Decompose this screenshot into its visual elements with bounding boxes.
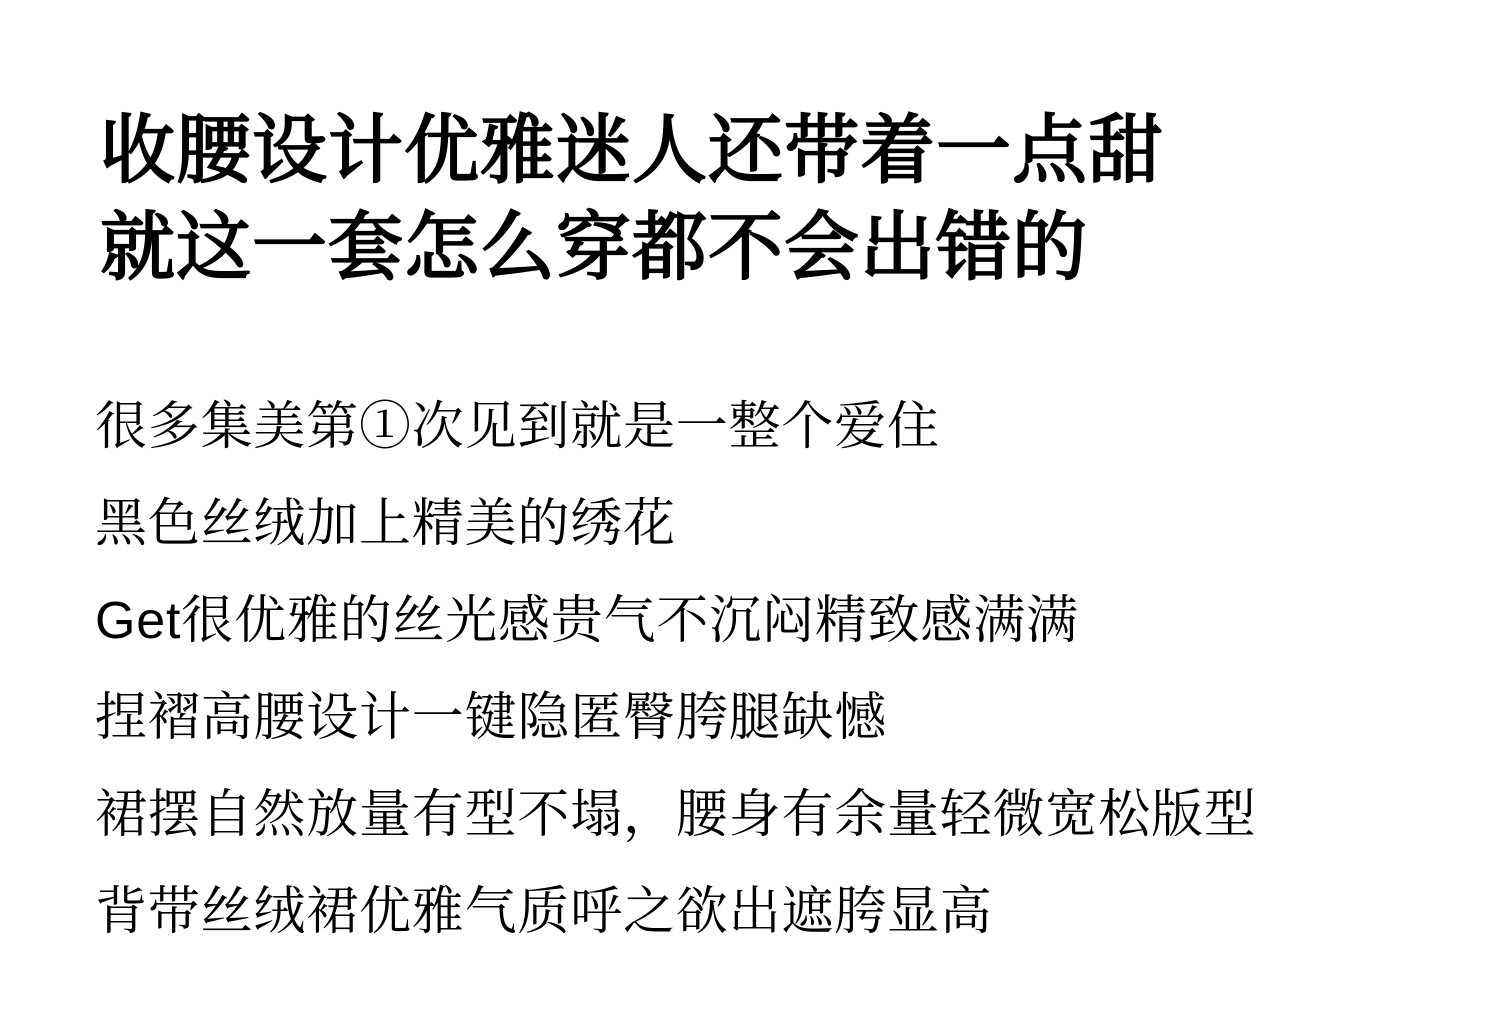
headline-line-1: 收腰设计优雅迷人还带着一点甜 <box>100 102 1164 199</box>
description-line-1: 很多集美第①次见到就是一整个爱住 <box>95 379 1257 476</box>
description-line-2: 黑色丝绒加上精美的绣花 <box>95 476 1257 573</box>
description-text: 很多集美第①次见到就是一整个爱住 黑色丝绒加上精美的绣花 Get很优雅的丝光感贵… <box>95 379 1257 961</box>
headline: 收腰设计优雅迷人还带着一点甜 就这一套怎么穿都不会出错的 <box>100 102 1164 296</box>
product-description-page: 收腰设计优雅迷人还带着一点甜 就这一套怎么穿都不会出错的 很多集美第①次见到就是… <box>0 0 1500 1034</box>
description-line-5: 裙摆自然放量有型不塌，腰身有余量轻微宽松版型 <box>95 767 1257 864</box>
description-line-6: 背带丝绒裙优雅气质呼之欲出遮胯显高 <box>95 864 1257 961</box>
headline-line-2: 就这一套怎么穿都不会出错的 <box>100 199 1164 296</box>
description-line-3: Get很优雅的丝光感贵气不沉闷精致感满满 <box>95 573 1257 670</box>
description-line-4: 捏褶高腰设计一键隐匿臀胯腿缺憾 <box>95 670 1257 767</box>
